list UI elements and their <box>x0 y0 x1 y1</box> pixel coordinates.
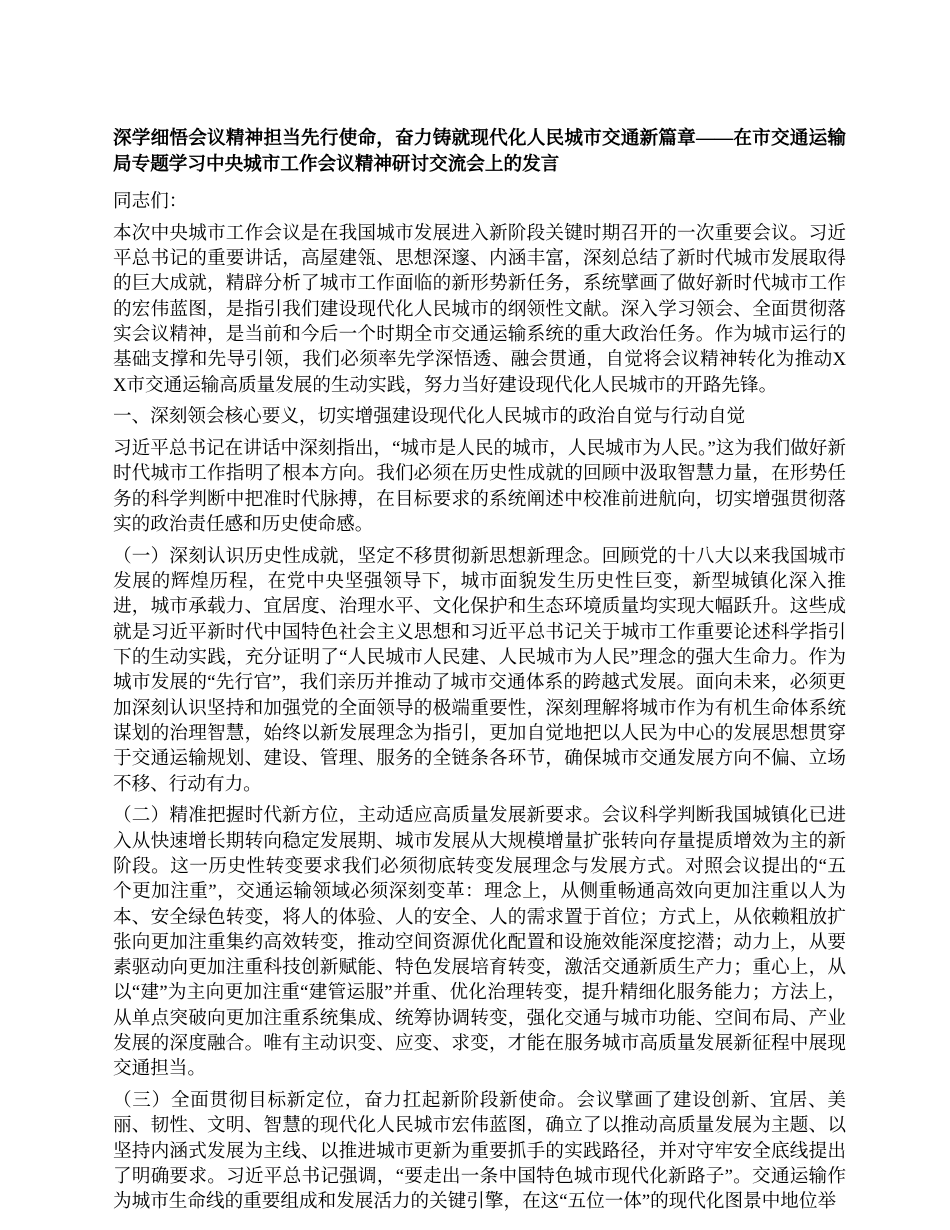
salutation: 同志们： <box>113 189 846 214</box>
document-content: 深学细悟会议精神担当先行使命，奋力铸就现代化人民城市交通新篇章——在市交通运输局… <box>113 126 846 1215</box>
intro-paragraph: 本次中央城市工作会议是在我国城市发展进入新阶段关键时期召开的一次重要会议。习近平… <box>113 221 846 398</box>
section-1-item-3-paragraph: （三）全面贯彻目标新定位，奋力扛起新阶段新使命。会议擘画了建设创新、宜居、美丽、… <box>113 1088 846 1214</box>
section-1-item-2-paragraph: （二）精准把握时代新方位，主动适应高质量发展新要求。会议科学判断我国城镇化已进入… <box>113 803 846 1081</box>
section-1-lead-paragraph: 习近平总书记在讲话中深刻指出，“城市是人民的城市，人民城市为人民。”这为我们做好… <box>113 436 846 537</box>
section-1-heading: 一、深刻领会核心要义，切实增强建设现代化人民城市的政治自觉与行动自觉 <box>113 404 846 429</box>
document-title: 深学细悟会议精神担当先行使命，奋力铸就现代化人民城市交通新篇章——在市交通运输局… <box>113 126 846 178</box>
section-1-item-1-paragraph: （一）深刻认识历史性成就，坚定不移贯彻新思想新理念。回顾党的十八大以来我国城市发… <box>113 544 846 797</box>
document-page: 深学细悟会议精神担当先行使命，奋力铸就现代化人民城市交通新篇章——在市交通运输局… <box>0 0 950 1230</box>
